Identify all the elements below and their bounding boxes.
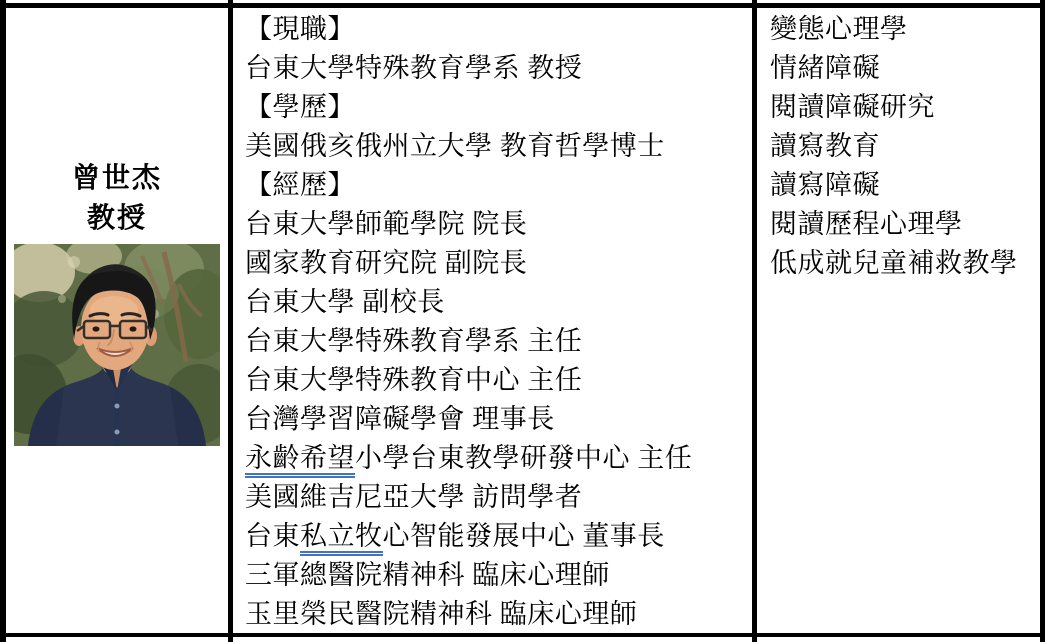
spellcheck-underlined-text: 私立牧 (300, 521, 383, 556)
portrait-photo-svg (14, 244, 220, 446)
career-line: 永齡希望小學台東教學研發中心 主任 (245, 439, 752, 478)
career-line-text: 台東大學特殊教育學系 教授 (245, 53, 582, 83)
career-line-text: 台東大學師範學院 院長 (245, 209, 527, 239)
career-line: 美國維吉尼亞大學 訪問學者 (245, 478, 752, 517)
career-line: 國家教育研究院 副院長 (245, 244, 752, 283)
career-line-text: 【學歷】 (245, 92, 355, 122)
career-line-text: 美國俄亥俄州立大學 教育哲學博士 (245, 131, 665, 161)
career-line: 台東大學特殊教育中心 主任 (245, 361, 752, 400)
expertise-item: 閱讀障礙研究 (770, 88, 1040, 127)
career-cell: 【現職】 台東大學特殊教育學系 教授 【學歷】 美國俄亥俄州立大學 教育哲學博士… (233, 10, 752, 634)
career-line-text: 小學台東教學研發中心 主任 (355, 443, 692, 473)
expertise-item: 讀寫教育 (770, 127, 1040, 166)
career-line-text: 國家教育研究院 副院長 (245, 248, 527, 278)
career-line: 台東私立牧心智能發展中心 董事長 (245, 517, 752, 556)
career-line-text: 【現職】 (245, 14, 355, 44)
portrait-photo (14, 244, 220, 446)
career-line-text: 玉里榮民醫院精神科 臨床心理師 (245, 599, 637, 629)
career-line: 台東大學特殊教育學系 主任 (245, 322, 752, 361)
career-line-text: 【經歷】 (245, 170, 355, 200)
career-line-text: 台灣學習障礙學會 理事長 (245, 404, 555, 434)
career-line-text: 台東大學 副校長 (245, 287, 445, 317)
career-line: 台東大學特殊教育學系 教授 (245, 49, 752, 88)
expertise-cell: 變態心理學 情緒障礙 閱讀障礙研究 讀寫教育 讀寫障礙 閱讀歷程心理學 低成就兒… (757, 10, 1040, 283)
career-section-header: 【學歷】 (245, 88, 752, 127)
professor-title: 教授 (6, 198, 228, 238)
expertise-item: 情緒障礙 (770, 49, 1040, 88)
profile-cell: 曾世杰 教授 (6, 8, 228, 633)
career-line: 玉里榮民醫院精神科 臨床心理師 (245, 595, 752, 634)
expertise-item: 閱讀歷程心理學 (770, 205, 1040, 244)
expertise-item: 低成就兒童補救教學 (770, 244, 1040, 283)
career-line-text: 三軍總醫院精神科 臨床心理師 (245, 560, 610, 590)
professor-name: 曾世杰 (6, 158, 228, 198)
career-section-header: 【現職】 (245, 10, 752, 49)
expertise-item: 讀寫障礙 (770, 166, 1040, 205)
career-line-text: 台東大學特殊教育中心 主任 (245, 365, 582, 395)
career-line-text: 台東 (245, 521, 300, 551)
career-line: 台東大學 副校長 (245, 283, 752, 322)
career-line-text: 台東大學特殊教育學系 主任 (245, 326, 582, 356)
career-line: 台灣學習障礙學會 理事長 (245, 400, 752, 439)
name-block: 曾世杰 教授 (6, 158, 228, 238)
spellcheck-underlined-text: 永齡希望 (245, 443, 355, 478)
career-line-text: 心智能發展中心 董事長 (383, 521, 665, 551)
career-line: 三軍總醫院精神科 臨床心理師 (245, 556, 752, 595)
table-outer-border-right (1040, 0, 1045, 642)
career-section-header: 【經歷】 (245, 166, 752, 205)
expertise-item: 變態心理學 (770, 10, 1040, 49)
career-line: 美國俄亥俄州立大學 教育哲學博士 (245, 127, 752, 166)
career-line-text: 美國維吉尼亞大學 訪問學者 (245, 482, 582, 512)
career-line: 台東大學師範學院 院長 (245, 205, 752, 244)
